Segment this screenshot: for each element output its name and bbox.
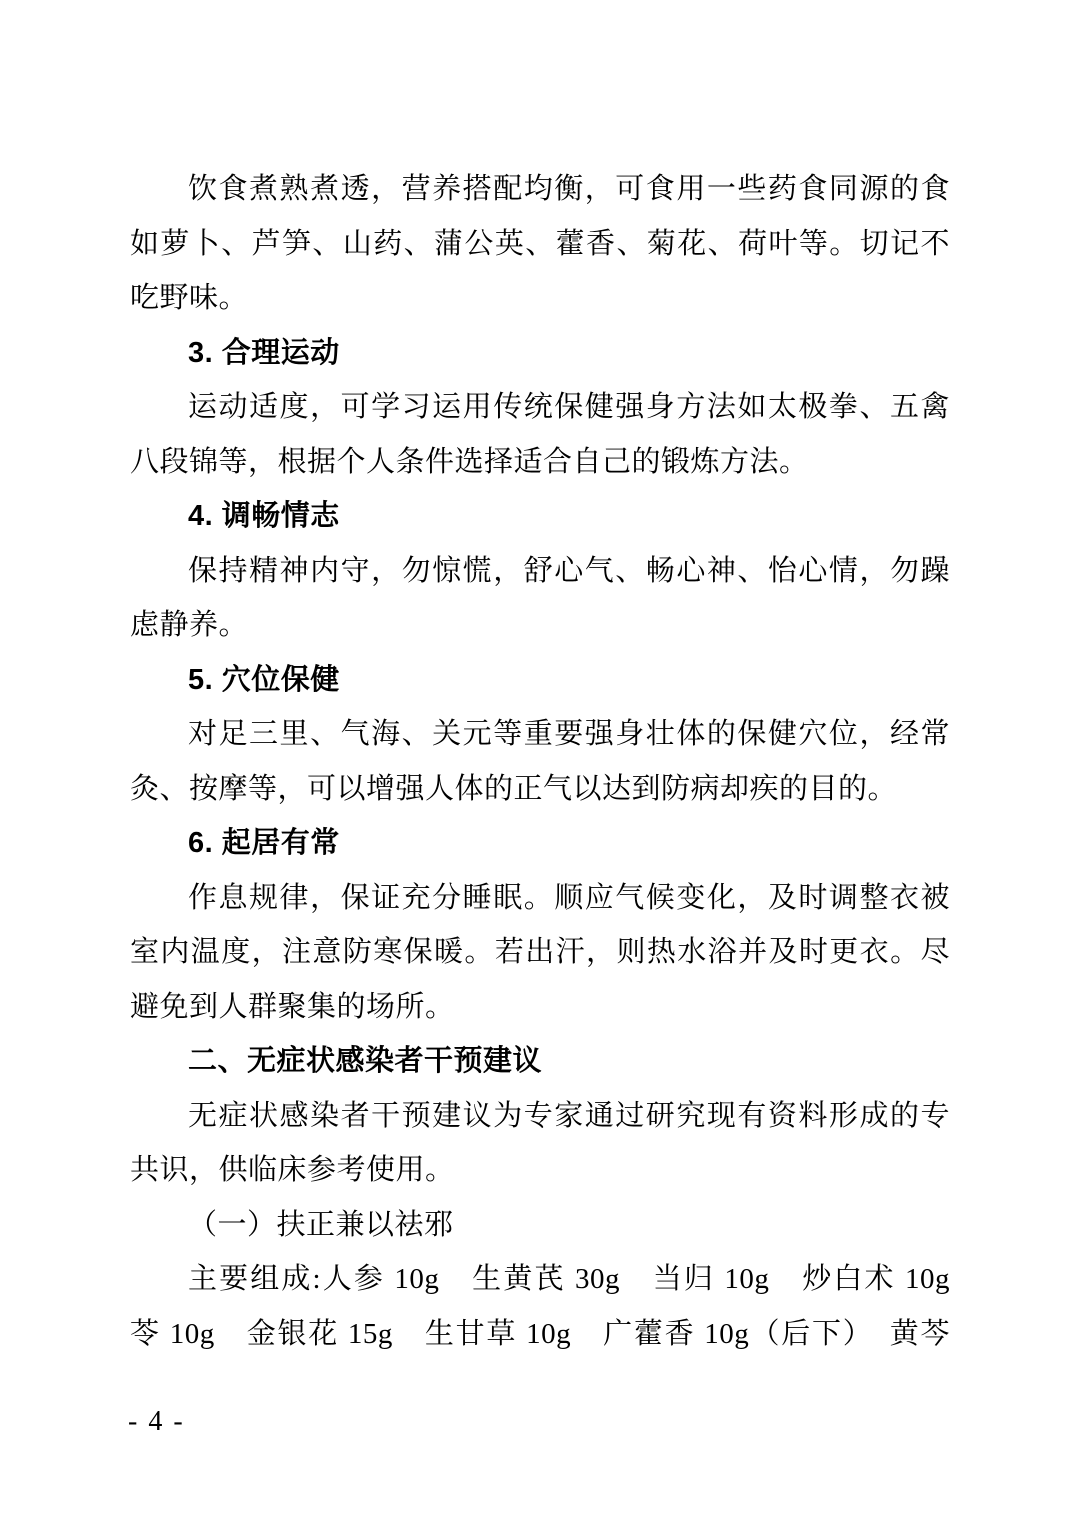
section-heading-line: 5. 穴位保健 <box>130 653 950 708</box>
text-line: 虑静养。 <box>130 598 950 653</box>
section-heading-line: 4. 调畅情志 <box>130 489 950 544</box>
text-line: 作息规律，保证充分睡眠。顺应气候变化，及时调整衣被和 <box>130 871 950 926</box>
text-line: 无症状感染者干预建议为专家通过研究现有资料形成的专家 <box>130 1089 950 1144</box>
text-line: 如萝卜、芦笋、山药、蒲公英、藿香、菊花、荷叶等。切记不能 <box>130 217 950 272</box>
text-line: 保持精神内守，勿惊慌，舒心气、畅心神、怡心情，勿躁勿 <box>130 544 950 599</box>
section-heading-line: 6. 起居有常 <box>130 816 950 871</box>
text-line: 八段锦等，根据个人条件选择适合自己的锻炼方法。 <box>130 435 950 490</box>
text-line: 室内温度，注意防寒保暖。若出汗，则热水浴并及时更衣。尽量 <box>130 925 950 980</box>
document-body: 饮食煮熟煮透，营养搭配均衡，可食用一些药食同源的食物，如萝卜、芦笋、山药、蒲公英… <box>130 162 950 1361</box>
text-line: 避免到人群聚集的场所。 <box>130 980 950 1035</box>
page-number: - 4 - <box>128 1402 185 1442</box>
section-heading-line: 3. 合理运动 <box>130 326 950 381</box>
text-line: 共识，供临床参考使用。 <box>130 1143 950 1198</box>
section-heading-line: 二、无症状感染者干预建议 <box>130 1034 950 1089</box>
subsection-heading-line: （一）扶正兼以祛邪 <box>130 1198 950 1253</box>
text-line: 对足三里、气海、关元等重要强身壮体的保健穴位，经常施 <box>130 707 950 762</box>
text-line: 主要组成:人参 10g 生黄芪 30g 当归 10g 炒白术 10g 茯 <box>130 1252 950 1307</box>
text-line: 灸、按摩等，可以增强人体的正气以达到防病却疾的目的。 <box>130 762 950 817</box>
text-line: 吃野味。 <box>130 271 950 326</box>
text-line: 饮食煮熟煮透，营养搭配均衡，可食用一些药食同源的食物， <box>130 162 950 217</box>
document-page: 饮食煮熟煮透，营养搭配均衡，可食用一些药食同源的食物，如萝卜、芦笋、山药、蒲公英… <box>0 0 1080 1528</box>
text-line: 苓 10g 金银花 15g 生甘草 10g 广藿香 10g（后下） 黄芩 15g <box>130 1307 950 1362</box>
text-line: 运动适度，可学习运用传统保健强身方法如太极拳、五禽戏、 <box>130 380 950 435</box>
